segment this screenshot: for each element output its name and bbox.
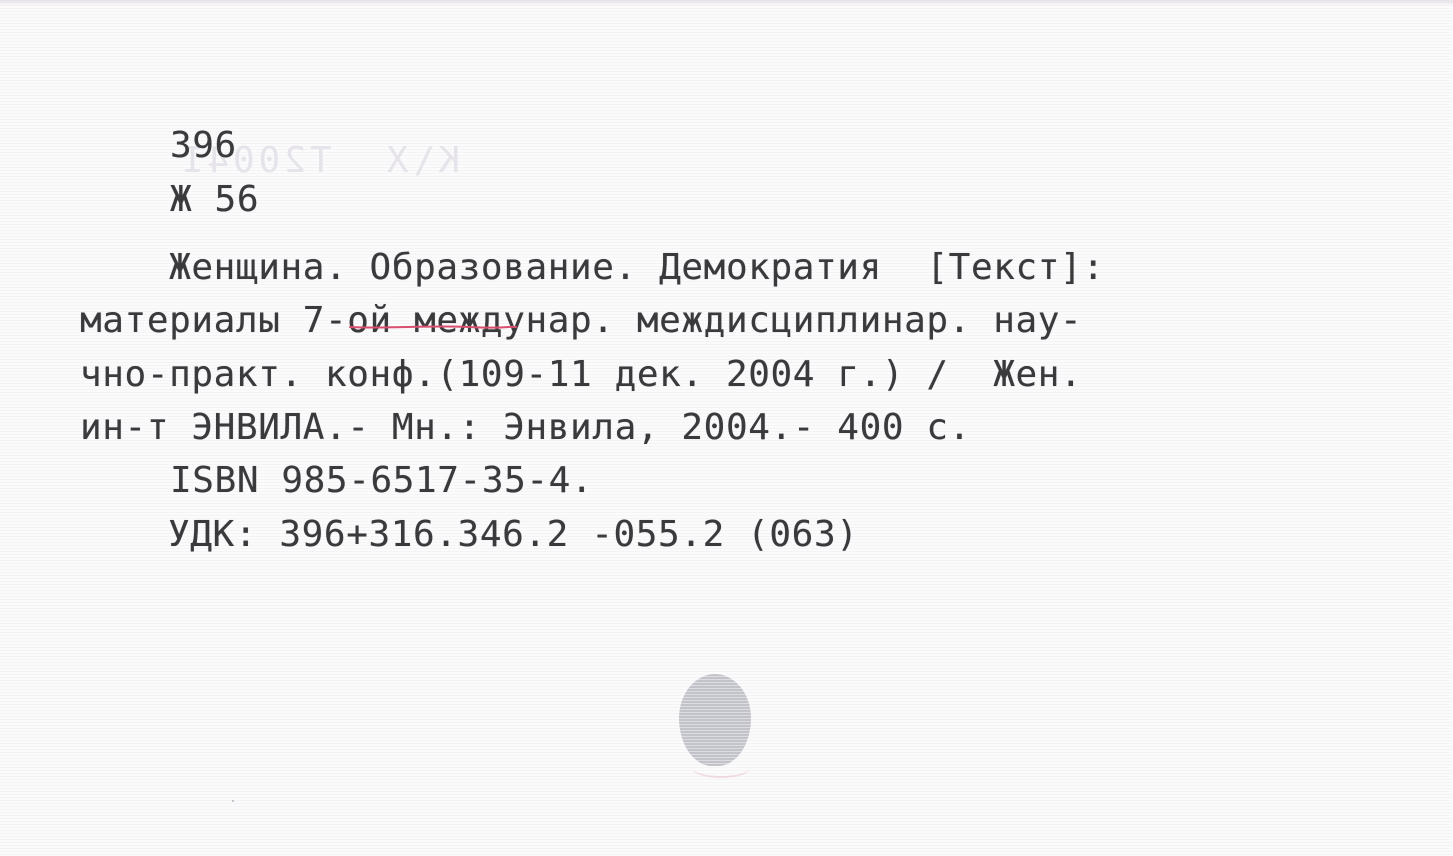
udc-line: УДК: 396+316.346.2 -055.2 (063) bbox=[168, 517, 859, 553]
card-punch-hole bbox=[679, 674, 751, 766]
dust-speck bbox=[232, 800, 234, 802]
red-pen-underline bbox=[348, 324, 518, 330]
punch-hole-shadow bbox=[692, 758, 750, 778]
isbn-line: ISBN 985-6517-35-4. bbox=[170, 463, 593, 499]
entry-line-1: Женщина. Образование. Демократия [Текст]… bbox=[80, 250, 1105, 286]
catalog-card: K\X T2004I 396 Ж 56 Женщина. Образование… bbox=[0, 0, 1453, 856]
author-mark: Ж 56 bbox=[170, 182, 259, 218]
card-top-edge bbox=[0, 0, 1453, 6]
entry-line-3: чно-практ. конф.(109-11 дек. 2004 г.) / … bbox=[80, 357, 1082, 393]
entry-line-2: материалы 7-ой междунар. междисциплинар.… bbox=[80, 303, 1082, 339]
call-number: 396 bbox=[170, 128, 237, 164]
entry-line-4: ин-т ЭНВИЛА.- Мн.: Энвила, 2004.- 400 с. bbox=[80, 410, 971, 446]
